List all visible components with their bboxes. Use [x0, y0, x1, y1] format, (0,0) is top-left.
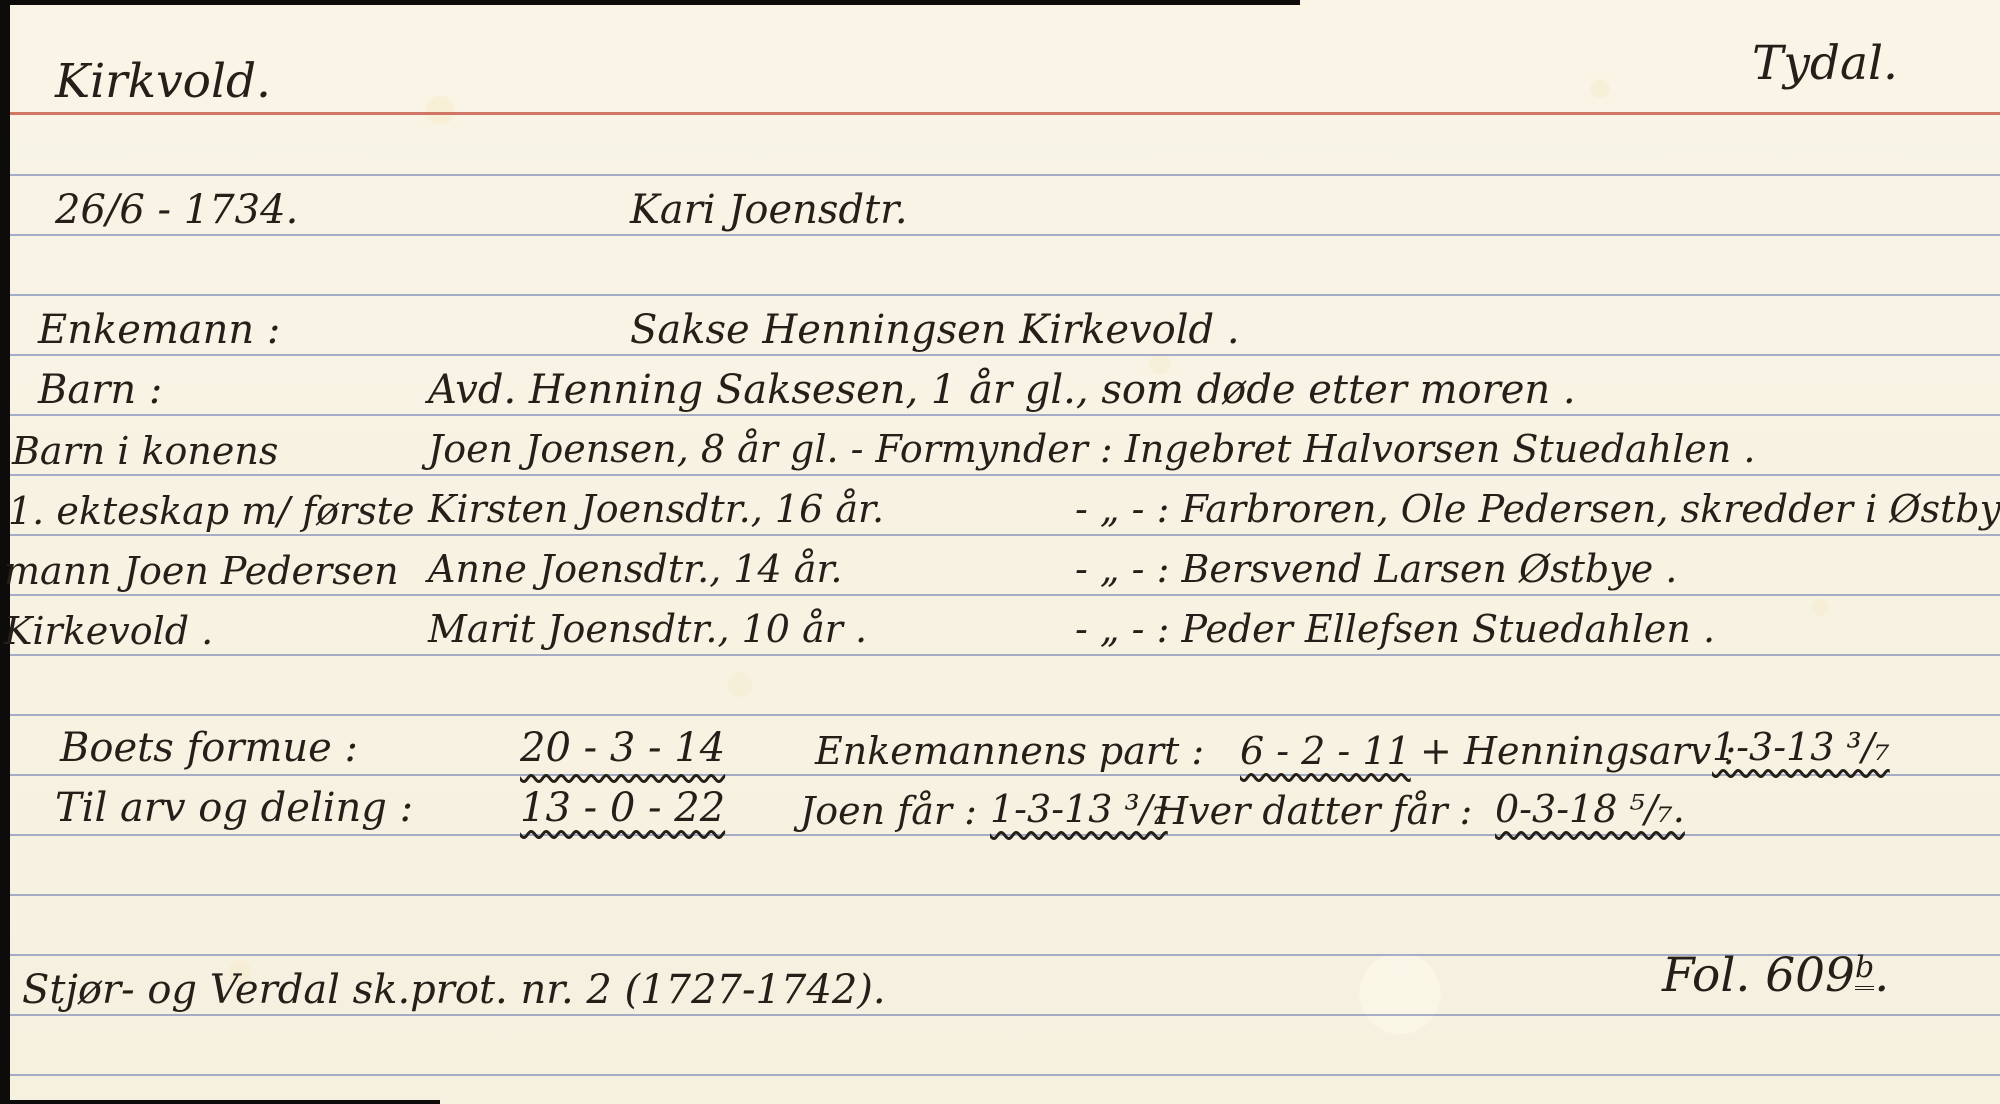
- field-value-joen-joensen: Joen Joensen, 8 år gl. - Formynder : Ing…: [428, 430, 1755, 468]
- deceased-name: Kari Joensdtr.: [630, 190, 908, 230]
- guardian-value-kirsten: - „ - : Farbroren, Ole Pedersen, skredde…: [1075, 490, 2000, 528]
- estate-deling-label: Til arv og deling :: [55, 788, 413, 828]
- index-card: Kirkvold. Tydal. 26/6 - 1734. Kari Joens…: [0, 0, 2000, 1104]
- field-value-anne: Anne Joensdtr., 14 år.: [428, 550, 843, 588]
- scan-edge-top: [0, 0, 1300, 5]
- field-label-barn-i-konens: Barn i konens: [12, 432, 278, 470]
- field-label-barn: Barn :: [38, 370, 162, 410]
- red-header-rule: [8, 112, 2000, 115]
- district-heading: Tydal.: [1752, 40, 1898, 87]
- field-value-barn: Avd. Henning Saksesen, 1 år gl., som død…: [428, 370, 1576, 410]
- folio-prefix: Fol. 609: [1662, 948, 1855, 1003]
- field-value-kirsten: Kirsten Joensdtr., 16 år.: [428, 490, 884, 528]
- estate-plus-label: + Henningsarv :: [1420, 732, 1736, 770]
- field-value-enkemann: Sakse Henningsen Kirkevold .: [630, 310, 1240, 350]
- estate-joen-value: 1-3-13 ³/₇: [990, 790, 1168, 828]
- record-date: 26/6 - 1734.: [55, 190, 298, 230]
- estate-deling-value: 13 - 0 - 22: [520, 788, 725, 828]
- folio-superscript: b: [1855, 950, 1874, 990]
- guardian-value-marit: - „ - : Peder Ellefsen Stuedahlen .: [1075, 610, 1715, 648]
- estate-datter-value: 0-3-18 ⁵/₇.: [1495, 790, 1685, 828]
- field-value-marit: Marit Joensdtr., 10 år .: [428, 610, 867, 648]
- field-label-ekteskap: 1. ekteskap m/ første: [8, 492, 414, 530]
- folio-period: .: [1874, 948, 1889, 1003]
- scan-edge-bottom: [0, 1100, 440, 1104]
- folio-number: Fol. 609b.: [1662, 952, 1889, 999]
- guardian-value-anne: - „ - : Bersvend Larsen Østbye .: [1075, 550, 1677, 588]
- estate-formue-value: 20 - 3 - 14: [520, 728, 725, 768]
- estate-joen-label: Joen får :: [800, 792, 977, 830]
- estate-part-value: 6 - 2 - 11: [1240, 732, 1411, 770]
- place-heading: Kirkvold.: [55, 58, 271, 105]
- estate-datter-label: Hver datter får :: [1155, 792, 1472, 830]
- source-reference: Stjør- og Verdal sk.prot. nr. 2 (1727-17…: [22, 970, 886, 1010]
- field-label-mann-joen-pedersen: mann Joen Pedersen: [4, 552, 399, 590]
- field-label-kirkevold: Kirkevold .: [4, 612, 213, 650]
- estate-part-label: Enkemannens part :: [815, 732, 1204, 770]
- estate-formue-label: Boets formue :: [60, 728, 358, 768]
- estate-plus-value: 1-3-13 ³/₇: [1712, 728, 1890, 766]
- field-label-enkemann: Enkemann :: [38, 310, 280, 350]
